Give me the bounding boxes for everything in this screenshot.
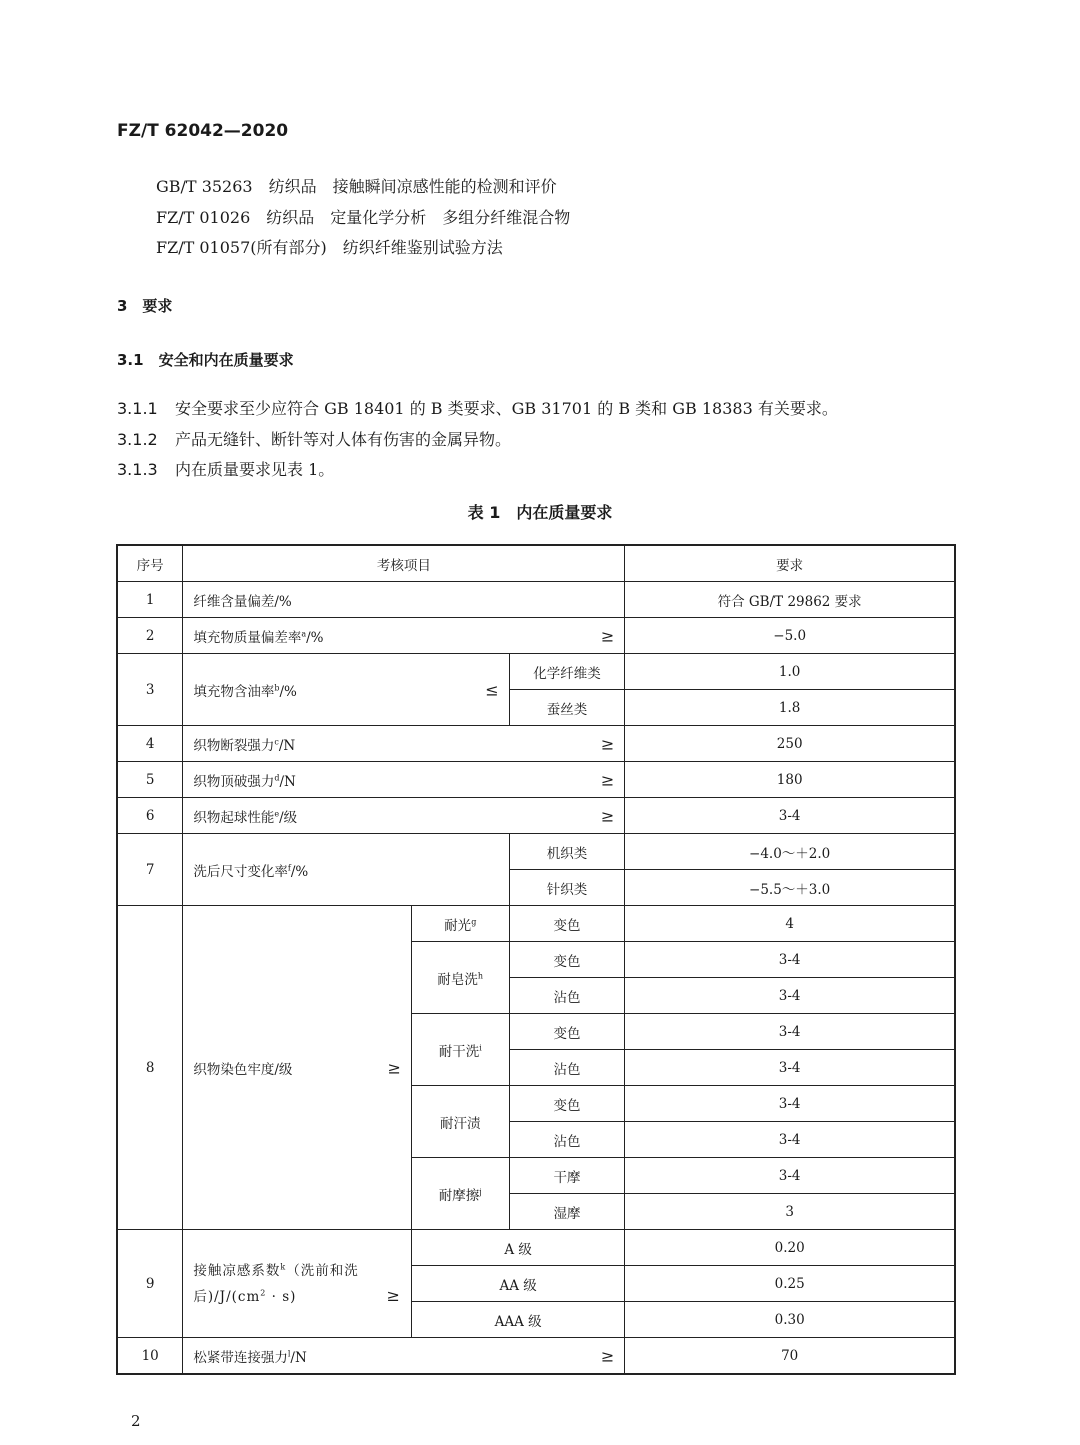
row-no: 8 — [117, 906, 183, 1230]
table-header-row: 序号 考核项目 要求 — [117, 545, 955, 582]
sub-label: 变色 — [509, 1014, 625, 1050]
sub-label: 针织类 — [509, 870, 625, 906]
footnote-mark: h — [478, 971, 483, 980]
quality-requirements-table: 序号 考核项目 要求 1 纤维含量偏差/% 符合 GB/T 29862 要求 2… — [116, 544, 956, 1375]
header-item: 考核项目 — [183, 545, 625, 582]
table-row: 3 填充物含油率b/%≤ 化学纤维类 1.0 — [117, 654, 955, 690]
item-label: 织物起球性能 — [193, 810, 274, 826]
row-value: 0.20 — [625, 1230, 955, 1266]
table-row: 5 织物顶破强力d/N≥ 180 — [117, 762, 955, 798]
gte-symbol: ≥ — [601, 770, 614, 789]
table-row: 1 纤维含量偏差/% 符合 GB/T 29862 要求 — [117, 582, 955, 618]
item-unit: /% — [279, 684, 296, 700]
section-heading-3: 3 要求 — [117, 295, 172, 316]
row-item: 填充物质量偏差率a/%≥ — [183, 618, 625, 654]
sub-label: 变色 — [509, 942, 625, 978]
row-value: 1.8 — [625, 690, 955, 726]
row-item: 纤维含量偏差/% — [183, 582, 625, 618]
item-label: 洗后尺寸变化率 — [193, 864, 288, 880]
item-label: 织物断裂强力 — [193, 738, 274, 754]
row-value: 250 — [625, 726, 955, 762]
row-value: −5.5～＋3.0 — [625, 870, 955, 906]
group-label: 耐汗渍 — [411, 1086, 509, 1158]
table-caption: 表 1 内在质量要求 — [0, 500, 1080, 523]
sub-label: 沾色 — [509, 978, 625, 1014]
reference-item: FZ/T 01026 纺织品 定量化学分析 多组分纤维混合物 — [156, 205, 570, 228]
gte-symbol: ≥ — [386, 1283, 400, 1309]
table-row: 9 接触凉感系数k（洗前和洗 后)/J/(cm2 · s) ≥ A 级 0.20 — [117, 1230, 955, 1266]
clause-number: 3.1.1 — [117, 399, 175, 418]
row-no: 6 — [117, 798, 183, 834]
row-item: 洗后尺寸变化率f/% — [183, 834, 509, 906]
item-unit: /N — [279, 774, 295, 790]
table-row: 6 织物起球性能e/级≥ 3-4 — [117, 798, 955, 834]
table-row: 2 填充物质量偏差率a/%≥ −5.0 — [117, 618, 955, 654]
header-requirement: 要求 — [625, 545, 955, 582]
gte-symbol: ≥ — [601, 734, 614, 753]
item-label: 织物染色牢度/级 — [193, 1062, 292, 1078]
item-label: 织物顶破强力 — [193, 774, 274, 790]
row-item: 填充物含油率b/%≤ — [183, 654, 509, 726]
gte-symbol: ≥ — [387, 1058, 400, 1077]
row-value: 3 — [625, 1194, 955, 1230]
row-value: 3-4 — [625, 1158, 955, 1194]
row-value: 3-4 — [625, 978, 955, 1014]
row-value: 3-4 — [625, 798, 955, 834]
sub-label: 沾色 — [509, 1050, 625, 1086]
footnote-mark: g — [471, 917, 476, 926]
reference-item: GB/T 35263 纺织品 接触瞬间凉感性能的检测和评价 — [156, 174, 557, 197]
row-item: 织物断裂强力c/N≥ — [183, 726, 625, 762]
sub-label: 蚕丝类 — [509, 690, 625, 726]
row-value: 符合 GB/T 29862 要求 — [625, 582, 955, 618]
sub-label: 变色 — [509, 1086, 625, 1122]
clause-3-1-2: 3.1.2产品无缝针、断针等对人体有伤害的金属异物。 — [117, 427, 511, 450]
clause-3-1-1: 3.1.1安全要求至少应符合 GB 18401 的 B 类要求、GB 31701… — [117, 396, 838, 419]
row-value: 0.25 — [625, 1266, 955, 1302]
sub-label: AA 级 — [411, 1266, 624, 1302]
row-item: 接触凉感系数k（洗前和洗 后)/J/(cm2 · s) ≥ — [183, 1230, 412, 1338]
row-value: 4 — [625, 906, 955, 942]
group-label: 耐摩擦j — [411, 1158, 509, 1230]
item-label: 填充物质量偏差率 — [193, 630, 301, 646]
item-unit: /% — [306, 630, 323, 646]
row-value: 3-4 — [625, 1122, 955, 1158]
item-label: 纤维含量偏差/% — [193, 594, 291, 610]
table-row: 4 织物断裂强力c/N≥ 250 — [117, 726, 955, 762]
row-item: 松紧带连接强力l/N≥ — [183, 1338, 625, 1375]
row-value: 1.0 — [625, 654, 955, 690]
group-label: 耐光g — [411, 906, 509, 942]
clause-3-1-3: 3.1.3内在质量要求见表 1。 — [117, 457, 334, 480]
gte-symbol: ≥ — [601, 806, 614, 825]
row-value: 3-4 — [625, 1050, 955, 1086]
row-value: 3-4 — [625, 942, 955, 978]
item-unit: /N — [279, 738, 295, 754]
row-no: 2 — [117, 618, 183, 654]
item-label: 接触凉感系数 — [193, 1263, 280, 1279]
row-item: 织物顶破强力d/N≥ — [183, 762, 625, 798]
page-number: 2 — [131, 1412, 141, 1430]
row-value: 3-4 — [625, 1014, 955, 1050]
header-no: 序号 — [117, 545, 183, 582]
row-no: 9 — [117, 1230, 183, 1338]
gte-symbol: ≥ — [601, 626, 614, 645]
clause-number: 3.1.3 — [117, 460, 175, 479]
row-value: 0.30 — [625, 1302, 955, 1338]
sub-label: 干摩 — [509, 1158, 625, 1194]
sub-label: 沾色 — [509, 1122, 625, 1158]
section-heading-3-1: 3.1 安全和内在质量要求 — [117, 349, 294, 370]
sub-label: 化学纤维类 — [509, 654, 625, 690]
footnote-mark: j — [479, 1187, 481, 1196]
clause-text: 产品无缝针、断针等对人体有伤害的金属异物。 — [175, 430, 511, 449]
item-label: 填充物含油率 — [193, 684, 274, 700]
sub-label: 湿摩 — [509, 1194, 625, 1230]
group-label: 耐皂洗h — [411, 942, 509, 1014]
row-value: 180 — [625, 762, 955, 798]
reference-item: FZ/T 01057(所有部分) 纺织纤维鉴别试验方法 — [156, 235, 503, 258]
clause-text: 内在质量要求见表 1。 — [175, 460, 334, 479]
row-item: 织物染色牢度/级≥ — [183, 906, 412, 1230]
clause-number: 3.1.2 — [117, 430, 175, 449]
row-value: −4.0～＋2.0 — [625, 834, 955, 870]
item-unit: /级 — [279, 810, 297, 826]
row-item: 织物起球性能e/级≥ — [183, 798, 625, 834]
row-no: 3 — [117, 654, 183, 726]
standard-code-header: FZ/T 62042—2020 — [117, 121, 288, 141]
sub-label: A 级 — [411, 1230, 624, 1266]
footnote-mark: i — [479, 1043, 482, 1052]
sub-label: AAA 级 — [411, 1302, 624, 1338]
item-label: 松紧带连接强力 — [193, 1350, 288, 1366]
table-row: 10 松紧带连接强力l/N≥ 70 — [117, 1338, 955, 1375]
gte-symbol: ≥ — [601, 1346, 614, 1365]
table-row: 8 织物染色牢度/级≥ 耐光g 变色 4 — [117, 906, 955, 942]
row-no: 1 — [117, 582, 183, 618]
sub-label: 机织类 — [509, 834, 625, 870]
sub-label: 变色 — [509, 906, 625, 942]
row-no: 10 — [117, 1338, 183, 1375]
row-value: 70 — [625, 1338, 955, 1375]
row-no: 5 — [117, 762, 183, 798]
item-unit: /% — [291, 864, 308, 880]
table-row: 7 洗后尺寸变化率f/% 机织类 −4.0～＋2.0 — [117, 834, 955, 870]
lte-symbol: ≤ — [485, 680, 498, 699]
group-label: 耐干洗i — [411, 1014, 509, 1086]
row-value: −5.0 — [625, 618, 955, 654]
row-no: 4 — [117, 726, 183, 762]
row-value: 3-4 — [625, 1086, 955, 1122]
row-no: 7 — [117, 834, 183, 906]
clause-text: 安全要求至少应符合 GB 18401 的 B 类要求、GB 31701 的 B … — [175, 399, 838, 418]
item-unit: /N — [290, 1350, 306, 1366]
